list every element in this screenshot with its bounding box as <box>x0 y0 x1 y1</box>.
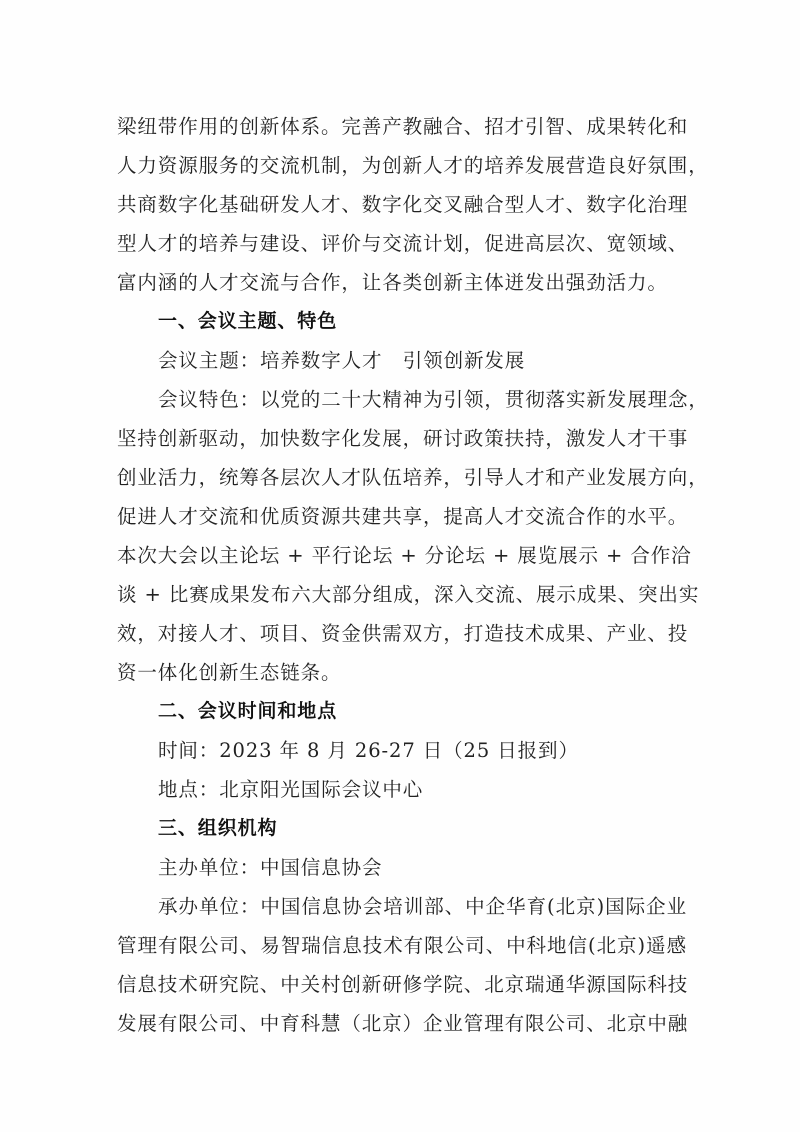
text-line: 效，对接人才、项目、资金供需双方，打造技术成果、产业、投 <box>117 614 687 653</box>
text-line: 发展有限公司、中育科慧（北京）企业管理有限公司、北京中融 <box>117 1004 687 1043</box>
section-time-location: 二、会议时间和地点 时间：2023 年 8 月 26-27 日（25 日报到） … <box>117 692 687 809</box>
section-heading: 三、组织机构 <box>117 809 687 848</box>
text-line: 信息技术研究院、中关村创新研修学院、北京瑞通华源国际科技 <box>117 965 687 1004</box>
document-page: 梁纽带作用的创新体系。完善产教融合、招才引智、成果转化和 人力资源服务的交流机制… <box>117 107 687 1043</box>
text-line: 资一体化创新生态链条。 <box>117 653 687 692</box>
features-line: 会议特色：以党的二十大精神为引领，贯彻落实新发展理念， <box>117 380 687 419</box>
text-line: 谈 + 比赛成果发布六大部分组成，深入交流、展示成果、突出实 <box>117 575 687 614</box>
section-heading: 二、会议时间和地点 <box>117 692 687 731</box>
organizer-line: 承办单位：中国信息协会培训部、中企华育(北京)国际企业 <box>117 887 687 926</box>
text-line: 富内涵的人才交流与合作，让各类创新主体迸发出强劲活力。 <box>117 263 687 302</box>
text-line: 管理有限公司、易智瑞信息技术有限公司、中科地信(北京)遥感 <box>117 926 687 965</box>
section-organization: 三、组织机构 主办单位：中国信息协会 承办单位：中国信息协会培训部、中企华育(北… <box>117 809 687 1043</box>
text-line: 人力资源服务的交流机制，为创新人才的培养发展营造良好氛围， <box>117 146 687 185</box>
text-line: 型人才的培养与建设、评价与交流计划，促进高层次、宽领域、 <box>117 224 687 263</box>
text-line: 创业活力，统筹各层次人才队伍培养，引导人才和产业发展方向， <box>117 458 687 497</box>
host-line: 主办单位：中国信息协会 <box>117 848 687 887</box>
text-line: 本次大会以主论坛 + 平行论坛 + 分论坛 + 展览展示 + 合作洽 <box>117 536 687 575</box>
section-theme-features: 一、会议主题、特色 会议主题：培养数字人才 引领创新发展 会议特色：以党的二十大… <box>117 302 687 692</box>
intro-paragraph: 梁纽带作用的创新体系。完善产教融合、招才引智、成果转化和 人力资源服务的交流机制… <box>117 107 687 302</box>
theme-line: 会议主题：培养数字人才 引领创新发展 <box>117 341 687 380</box>
time-line: 时间：2023 年 8 月 26-27 日（25 日报到） <box>117 731 687 770</box>
text-line: 坚持创新驱动，加快数字化发展，研讨政策扶持，激发人才干事 <box>117 419 687 458</box>
text-line: 共商数字化基础研发人才、数字化交叉融合型人才、数字化治理 <box>117 185 687 224</box>
location-line: 地点：北京阳光国际会议中心 <box>117 770 687 809</box>
text-line: 梁纽带作用的创新体系。完善产教融合、招才引智、成果转化和 <box>117 107 687 146</box>
text-line: 促进人才交流和优质资源共建共享，提高人才交流合作的水平。 <box>117 497 687 536</box>
section-heading: 一、会议主题、特色 <box>117 302 687 341</box>
